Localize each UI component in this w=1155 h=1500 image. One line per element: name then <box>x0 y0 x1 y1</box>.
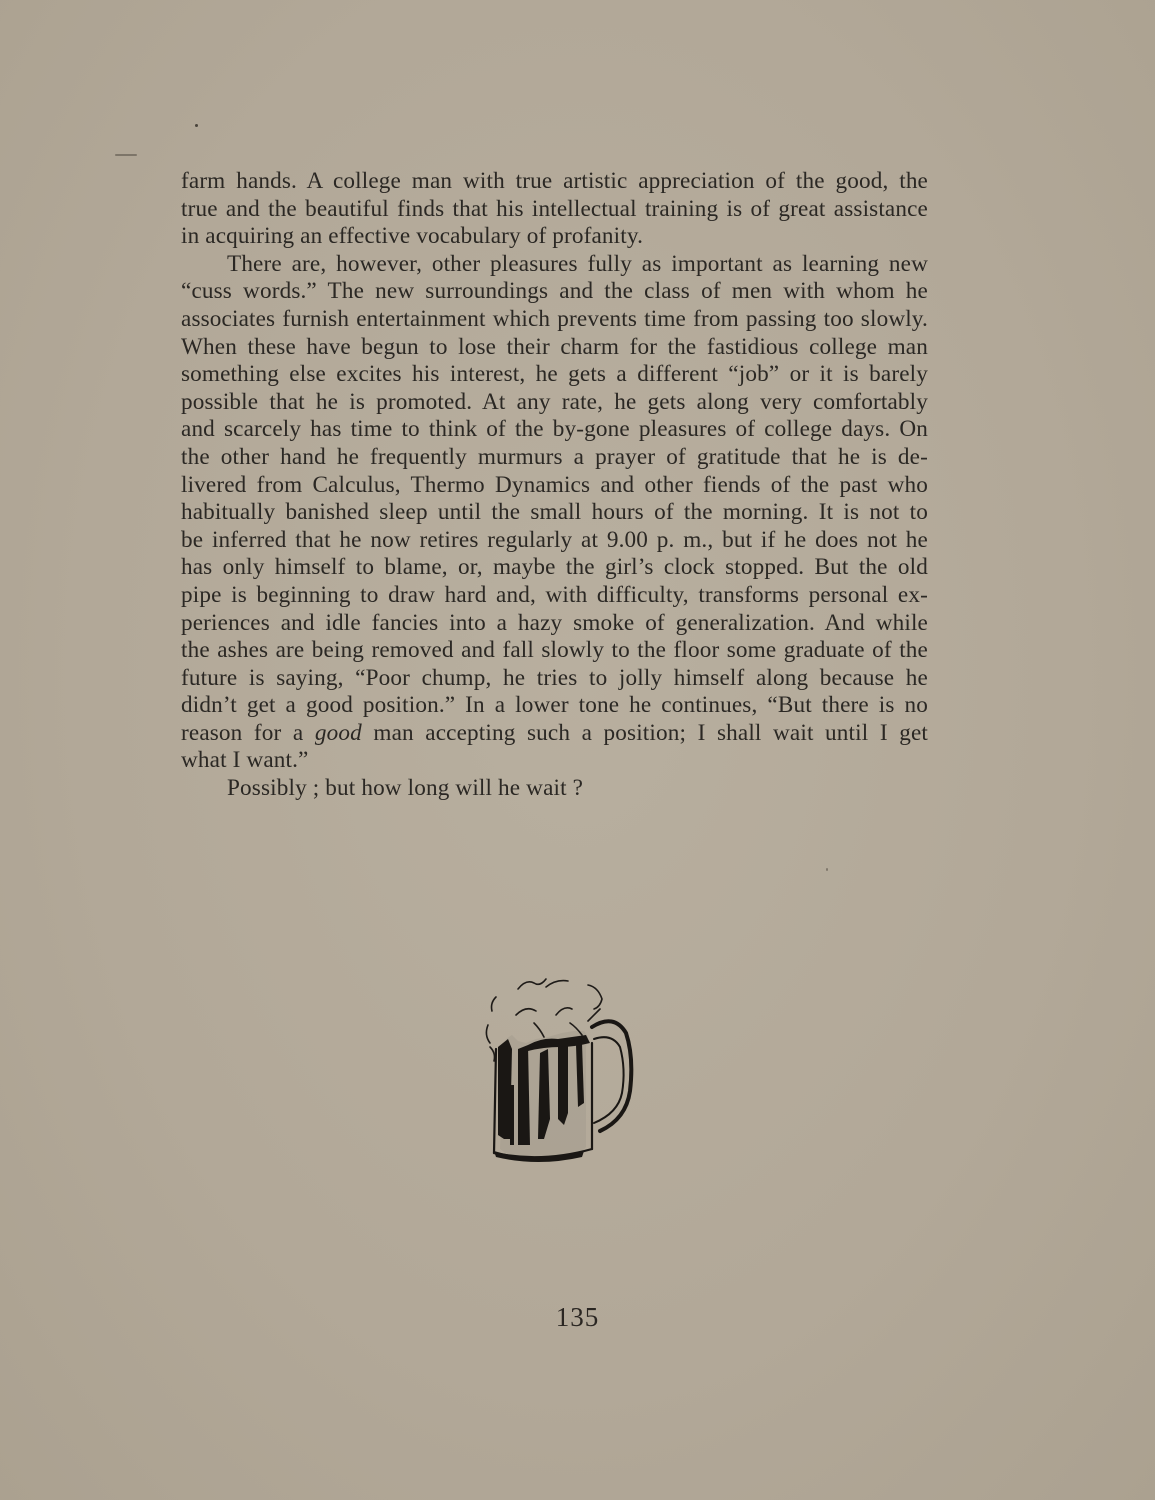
paragraph-3: Possibly ; but how long will he wait ? <box>181 775 928 803</box>
text-line: When these have begun to lose their char… <box>181 334 928 362</box>
paragraph-2: There are, however, other pleasures full… <box>181 251 928 775</box>
text-line: Possibly ; but how long will he wait ? <box>181 775 928 803</box>
text-line: has only himself to blame, or, maybe the… <box>181 554 928 582</box>
text-line: the ashes are being removed and fall slo… <box>181 637 928 665</box>
text-line: There are, however, other pleasures full… <box>181 251 928 279</box>
text-line-with-italic: reason for a good man accepting such a p… <box>181 720 928 748</box>
page-number: 135 <box>0 1302 1155 1333</box>
text-line: livered from Calculus, Thermo Dynamics a… <box>181 472 928 500</box>
text-line: farm hands. A college man with true arti… <box>181 168 928 196</box>
text-line: and scarcely has time to think of the by… <box>181 416 928 444</box>
text-line: future is saying, “Poor chump, he tries … <box>181 665 928 693</box>
scan-speck <box>195 124 198 127</box>
text-segment: reason for a <box>181 720 315 746</box>
text-line: in acquiring an effective vocabulary of … <box>181 223 928 251</box>
beer-mug-icon <box>470 965 650 1165</box>
text-line: be inferred that he now retires regularl… <box>181 527 928 555</box>
text-line: possible that he is promoted. At any rat… <box>181 389 928 417</box>
body-text: farm hands. A college man with true arti… <box>181 168 928 803</box>
text-line: periences and idle fancies into a hazy s… <box>181 610 928 638</box>
text-line: true and the beautiful finds that his in… <box>181 196 928 224</box>
text-line: habitually banished sleep until the smal… <box>181 499 928 527</box>
scan-speck <box>826 868 828 871</box>
scan-speck <box>115 154 137 156</box>
text-line: didn’t get a good position.” In a lower … <box>181 692 928 720</box>
text-line: pipe is beginning to draw hard and, with… <box>181 582 928 610</box>
text-line: “cuss words.” The new surroundings and t… <box>181 278 928 306</box>
text-line: something else excites his interest, he … <box>181 361 928 389</box>
paragraph-1: farm hands. A college man with true arti… <box>181 168 928 251</box>
text-segment: man accepting such a position; I shall w… <box>362 720 928 746</box>
text-line: the other hand he frequently murmurs a p… <box>181 444 928 472</box>
italic-word-good: good <box>315 720 362 746</box>
text-line: associates furnish entertainment which p… <box>181 306 928 334</box>
text-line: what I want.” <box>181 747 928 775</box>
